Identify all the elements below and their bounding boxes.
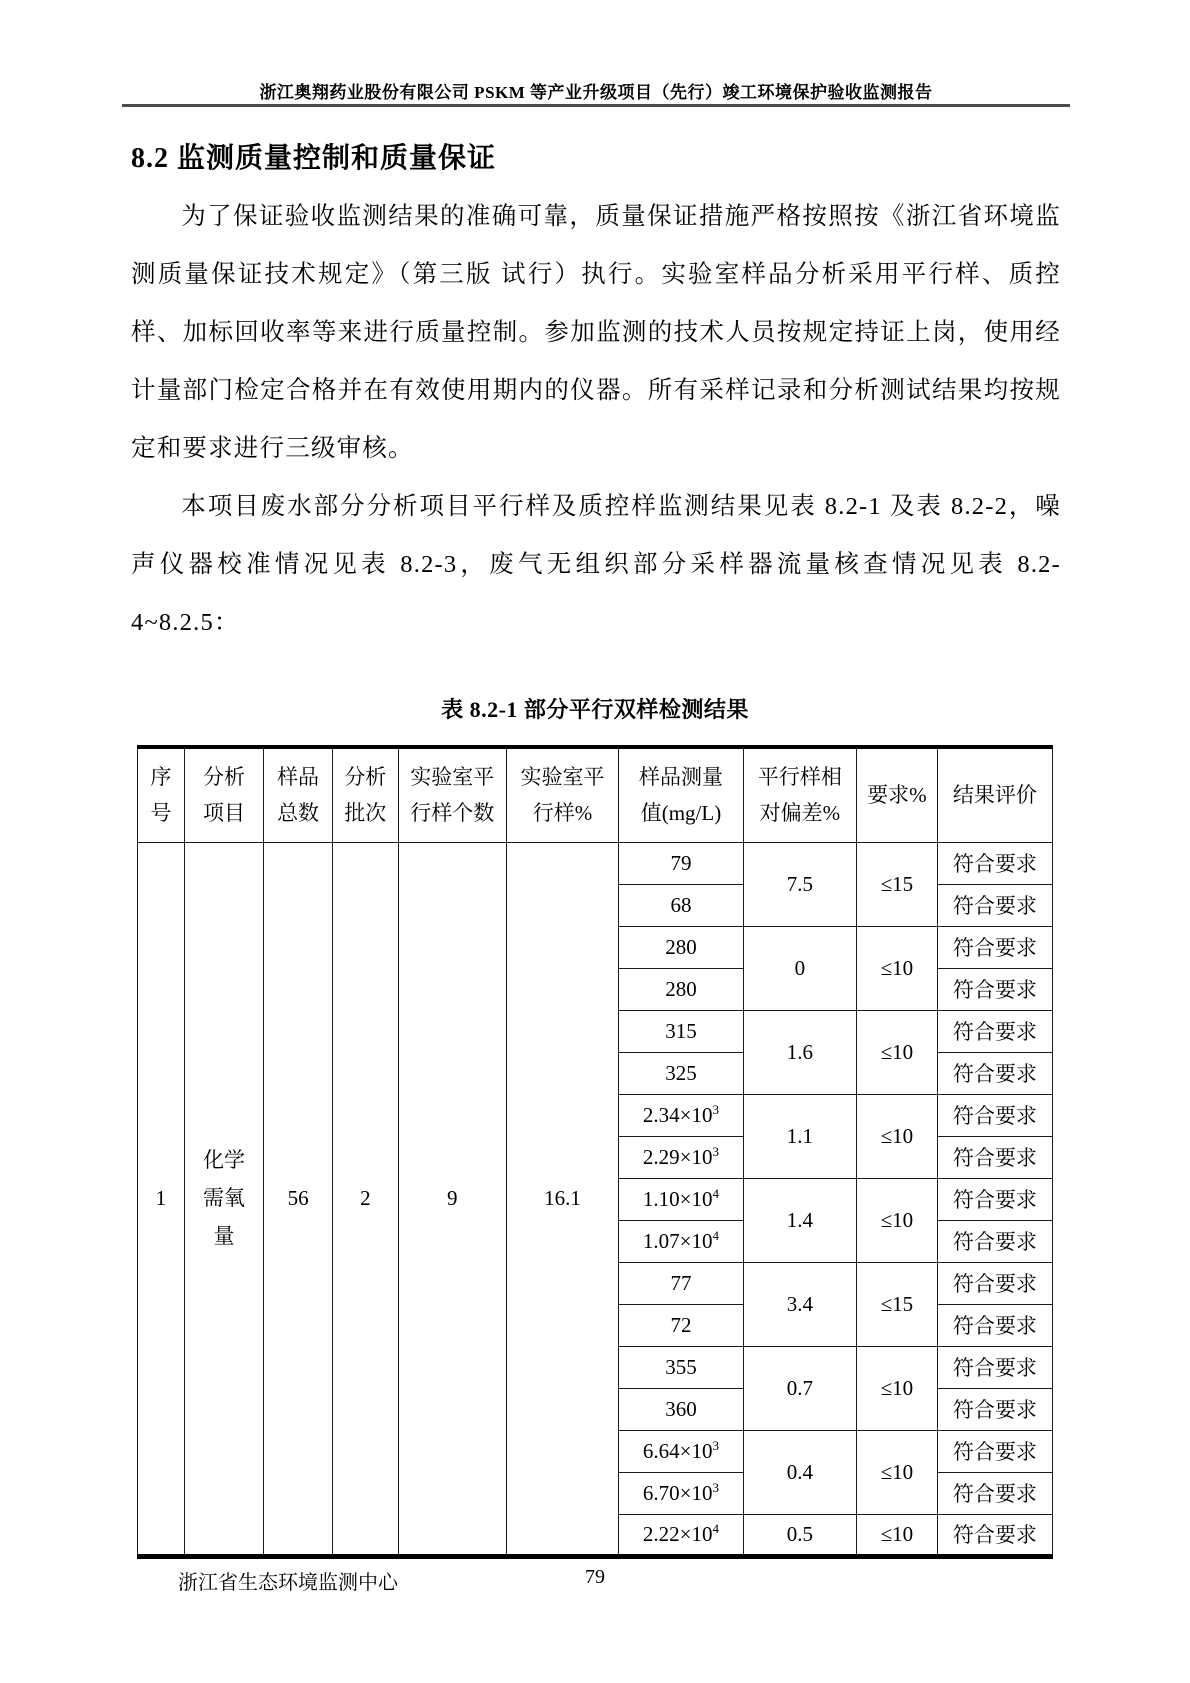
cell-relative-deviation: 0 [743, 926, 856, 1010]
cell-sample-value: 2.34×103 [619, 1094, 743, 1136]
cell-evaluation: 符合要求 [937, 884, 1052, 926]
cell-evaluation: 符合要求 [937, 1220, 1052, 1262]
cell-requirement: ≤10 [857, 1094, 938, 1178]
cell-relative-deviation: 0.7 [743, 1346, 856, 1430]
cell-sample-value: 6.64×103 [619, 1430, 743, 1472]
cell-evaluation: 符合要求 [937, 926, 1052, 968]
cell-sample-value: 315 [619, 1010, 743, 1052]
cell-analysis-batches: 2 [332, 842, 398, 1556]
document-page: 浙江奥翔药业股份有限公司 PSKM 等产业升级项目（先行）竣工环境保护验收监测报… [0, 0, 1190, 1683]
cell-parallel-count: 9 [398, 842, 506, 1556]
table-container: 序 号分析 项目样品 总数分析 批次实验室平 行样个数实验室平 行样%样品测量 … [137, 745, 1053, 1559]
header-cell: 样品测量 值(mg/L) [619, 747, 743, 842]
header-cell: 结果评价 [937, 747, 1052, 842]
cell-evaluation: 符合要求 [937, 1346, 1052, 1388]
cell-relative-deviation: 0.4 [743, 1430, 856, 1514]
paragraph: 本项目废水部分分析项目平行样及质控样监测结果见表 8.2-1 及表 8.2-2，… [131, 478, 1061, 652]
cell-sample-value: 325 [619, 1052, 743, 1094]
cell-requirement: ≤10 [857, 1430, 938, 1514]
cell-evaluation: 符合要求 [937, 842, 1052, 884]
cell-requirement: ≤15 [857, 842, 938, 926]
paragraph: 为了保证验收监测结果的准确可靠，质量保证措施严格按照按《浙江省环境监测质量保证技… [131, 188, 1061, 478]
footer-org: 浙江省生态环境监测中心 [178, 1566, 398, 1595]
header-cell: 实验室平 行样% [506, 747, 619, 842]
cell-evaluation: 符合要求 [937, 1136, 1052, 1178]
cell-requirement: ≤10 [857, 1346, 938, 1430]
cell-evaluation: 符合要求 [937, 968, 1052, 1010]
header-cell: 实验室平 行样个数 [398, 747, 506, 842]
header-cell: 分析 批次 [332, 747, 398, 842]
cell-sample-value: 68 [619, 884, 743, 926]
cell-analysis-item: 化学 需氧 量 [184, 842, 264, 1556]
cell-relative-deviation: 1.6 [743, 1010, 856, 1094]
table-header-row: 序 号分析 项目样品 总数分析 批次实验室平 行样个数实验室平 行样%样品测量 … [138, 747, 1053, 842]
table-caption: 表 8.2-1 部分平行双样检测结果 [137, 693, 1053, 724]
cell-requirement: ≤10 [857, 1010, 938, 1094]
cell-evaluation: 符合要求 [937, 1514, 1052, 1556]
cell-evaluation: 符合要求 [937, 1178, 1052, 1220]
header-cell: 分析 项目 [184, 747, 264, 842]
table-body: 1化学 需氧 量562916.1797.5≤15符合要求68符合要求2800≤1… [138, 842, 1053, 1556]
cell-evaluation: 符合要求 [937, 1094, 1052, 1136]
cell-sample-value: 6.70×103 [619, 1472, 743, 1514]
superscript: 3 [713, 1102, 720, 1117]
cell-requirement: ≤15 [857, 1262, 938, 1346]
superscript: 4 [713, 1186, 720, 1201]
table-row: 1化学 需氧 量562916.1797.5≤15符合要求 [138, 842, 1053, 884]
cell-evaluation: 符合要求 [937, 1262, 1052, 1304]
cell-relative-deviation: 1.4 [743, 1178, 856, 1262]
cell-sample-value: 2.22×104 [619, 1514, 743, 1556]
header-cell: 序 号 [138, 747, 185, 842]
cell-relative-deviation: 0.5 [743, 1514, 856, 1556]
cell-sample-value: 72 [619, 1304, 743, 1346]
superscript: 4 [713, 1228, 720, 1243]
cell-requirement: ≤10 [857, 1514, 938, 1556]
cell-evaluation: 符合要求 [937, 1304, 1052, 1346]
cell-sample-total: 56 [264, 842, 333, 1556]
cell-index: 1 [138, 842, 185, 1556]
cell-evaluation: 符合要求 [937, 1010, 1052, 1052]
cell-parallel-percent: 16.1 [506, 842, 619, 1556]
superscript: 3 [713, 1438, 720, 1453]
cell-sample-value: 1.10×104 [619, 1178, 743, 1220]
cell-relative-deviation: 1.1 [743, 1094, 856, 1178]
cell-sample-value: 77 [619, 1262, 743, 1304]
cell-evaluation: 符合要求 [937, 1052, 1052, 1094]
cell-evaluation: 符合要求 [937, 1430, 1052, 1472]
cell-sample-value: 2.29×103 [619, 1136, 743, 1178]
header-rule [122, 104, 1070, 107]
header-cell: 要求% [857, 747, 938, 842]
body-text: 为了保证验收监测结果的准确可靠，质量保证措施严格按照按《浙江省环境监测质量保证技… [131, 188, 1061, 652]
superscript: 3 [713, 1144, 720, 1159]
cell-requirement: ≤10 [857, 926, 938, 1010]
cell-sample-value: 280 [619, 926, 743, 968]
cell-sample-value: 1.07×104 [619, 1220, 743, 1262]
running-header: 浙江奥翔药业股份有限公司 PSKM 等产业升级项目（先行）竣工环境保护验收监测报… [122, 78, 1070, 103]
cell-sample-value: 280 [619, 968, 743, 1010]
superscript: 4 [713, 1521, 720, 1536]
cell-sample-value: 360 [619, 1388, 743, 1430]
cell-evaluation: 符合要求 [937, 1472, 1052, 1514]
cell-relative-deviation: 3.4 [743, 1262, 856, 1346]
header-cell: 平行样相 对偏差% [743, 747, 856, 842]
cell-sample-value: 79 [619, 842, 743, 884]
cell-evaluation: 符合要求 [937, 1388, 1052, 1430]
cell-requirement: ≤10 [857, 1178, 938, 1262]
results-table: 序 号分析 项目样品 总数分析 批次实验室平 行样个数实验室平 行样%样品测量 … [137, 745, 1053, 1559]
cell-sample-value: 355 [619, 1346, 743, 1388]
superscript: 3 [713, 1480, 720, 1495]
cell-relative-deviation: 7.5 [743, 842, 856, 926]
section-heading: 8.2 监测质量控制和质量保证 [131, 136, 496, 176]
header-cell: 样品 总数 [264, 747, 333, 842]
